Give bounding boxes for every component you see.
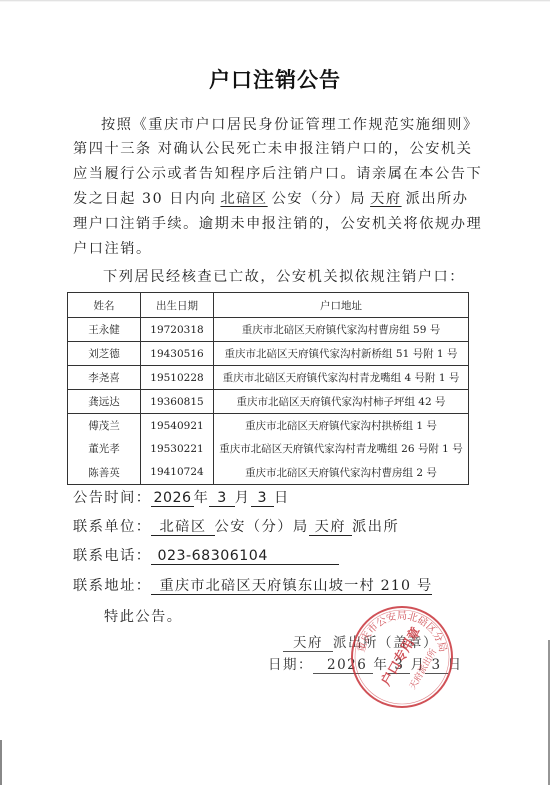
notice-time-field: 公告时间：2026年3月3日 bbox=[73, 487, 290, 507]
cell-name: 陈善英 bbox=[68, 460, 141, 485]
cell-address: 重庆市北碚区天府镇代家沟村青龙嘴组 26 号附 1 号 bbox=[214, 437, 469, 460]
closing-statement: 特此公告。 bbox=[104, 606, 182, 626]
notice-month: 3 bbox=[209, 490, 235, 507]
table-row: 刘芝德 19430516 重庆市北碚区天府镇代家沟村新桥组 51 号附 1 号 bbox=[68, 342, 469, 366]
cell-name: 龚远达 bbox=[68, 390, 141, 414]
deceased-residents-table: 姓名 出生日期 户口地址 王永健 19720318 重庆市北碚区天府镇代家沟村曹… bbox=[67, 292, 469, 485]
cell-address: 重庆市北碚区天府镇代家沟村曹房组 2 号 bbox=[214, 460, 469, 485]
contact-unit-label: 联系单位： bbox=[73, 519, 151, 535]
signature-month-unit: 月 bbox=[410, 657, 425, 673]
header-address: 户口地址 bbox=[214, 293, 469, 318]
cell-name: 董光孝 bbox=[68, 437, 141, 460]
signature-line: 天府派出所（盖章） bbox=[283, 631, 438, 652]
signature-month: 3 bbox=[388, 657, 410, 674]
notice-day-unit: 日 bbox=[274, 490, 290, 506]
signature-year: 2026 bbox=[313, 657, 373, 674]
contact-station: 天府 bbox=[309, 519, 352, 536]
body-district: 北碚区 bbox=[216, 191, 271, 207]
table-row: 李尧喜 19510228 重庆市北碚区天府镇代家沟村青龙嘴组 4 号附 1 号 bbox=[68, 366, 469, 390]
cell-address: 重庆市北碚区天府镇代家沟村曹房组 59 号 bbox=[214, 318, 469, 342]
cell-address: 重庆市北碚区天府镇代家沟村柿子坪组 42 号 bbox=[214, 390, 469, 414]
document-title: 户口注销公告 bbox=[0, 64, 550, 94]
contact-phone-field: 联系电话：023-68306104 bbox=[73, 545, 339, 565]
cell-birth: 19720318 bbox=[141, 318, 214, 342]
cell-name: 傅茂兰 bbox=[68, 414, 141, 438]
signature-date-label: 日期： bbox=[268, 657, 313, 673]
contact-phone-label: 联系电话： bbox=[73, 548, 151, 564]
cell-birth: 19540921 bbox=[141, 414, 214, 438]
contact-unit-suffix: 派出所 bbox=[352, 519, 399, 535]
table-row: 傅茂兰 19540921 重庆市北碚区天府镇代家沟村拱桥组 1 号 bbox=[68, 414, 469, 438]
table-row: 王永健 19720318 重庆市北碚区天府镇代家沟村曹房组 59 号 bbox=[68, 318, 469, 342]
signature-station: 天府 bbox=[283, 635, 333, 652]
body-station: 天府 bbox=[366, 191, 405, 207]
cell-name: 刘芝德 bbox=[68, 342, 141, 366]
cell-address: 重庆市北碚区天府镇代家沟村青龙嘴组 4 号附 1 号 bbox=[214, 366, 469, 390]
body-line-6: 户口注销。 bbox=[73, 238, 473, 258]
scan-edge-top bbox=[0, 0, 550, 2]
header-name: 姓名 bbox=[68, 293, 141, 318]
table-row: 陈善英 19410724 重庆市北碚区天府镇代家沟村曹房组 2 号 bbox=[68, 460, 469, 485]
table-header-row: 姓名 出生日期 户口地址 bbox=[68, 293, 469, 318]
notice-day: 3 bbox=[251, 490, 275, 507]
notice-time-label: 公告时间： bbox=[73, 490, 151, 506]
contact-address-field: 联系地址：重庆市北碚区天府镇东山坡一村 210 号 bbox=[73, 575, 432, 595]
contact-district: 北碚区 bbox=[151, 519, 214, 536]
cell-address: 重庆市北碚区天府镇代家沟村拱桥组 1 号 bbox=[214, 414, 469, 438]
notice-month-unit: 月 bbox=[235, 490, 251, 506]
contact-address-label: 联系地址： bbox=[73, 578, 151, 594]
body-line-4: 发之日起 30 日内向北碚区公安（分）局天府派出所办 bbox=[73, 188, 473, 208]
body-line-5: 理户口注销手续。逾期未申报注销的，公安机关将依规办理 bbox=[73, 213, 473, 233]
contact-unit-field: 联系单位：北碚区公安（分）局天府派出所 bbox=[73, 516, 399, 536]
body-line-4-middle: 公安（分）局 bbox=[272, 191, 366, 207]
signature-day-unit: 日 bbox=[448, 657, 463, 673]
signature-date: 日期：2026年3月3日 bbox=[268, 653, 463, 674]
body-line-1: 按照《重庆市户口居民身份证管理工作规范实施细则》 bbox=[73, 114, 473, 134]
notice-year: 2026 bbox=[151, 490, 193, 507]
cell-birth: 19530221 bbox=[141, 437, 214, 460]
signature-day: 3 bbox=[425, 657, 447, 674]
contact-unit-middle: 公安（分）局 bbox=[215, 519, 309, 535]
notice-year-unit: 年 bbox=[194, 490, 210, 506]
cell-birth: 19360815 bbox=[141, 390, 214, 414]
signature-suffix: 派出所（盖章） bbox=[333, 635, 438, 651]
table-row: 董光孝 19530221 重庆市北碚区天府镇代家沟村青龙嘴组 26 号附 1 号 bbox=[68, 437, 469, 460]
table-row: 龚远达 19360815 重庆市北碚区天府镇代家沟村柿子坪组 42 号 bbox=[68, 390, 469, 414]
body-line-3: 应当履行公示或者告知程序后注销户口。请亲属在本公告下 bbox=[73, 163, 473, 183]
body-line-4-prefix: 发之日起 30 日内向 bbox=[73, 191, 216, 207]
header-birth-date: 出生日期 bbox=[141, 293, 214, 318]
table-intro: 下列居民经核查已亡故，公安机关拟依规注销户口： bbox=[73, 266, 503, 286]
cell-name: 李尧喜 bbox=[68, 366, 141, 390]
cell-name: 王永健 bbox=[68, 318, 141, 342]
contact-phone-value: 023-68306104 bbox=[151, 548, 339, 565]
cell-birth: 19510228 bbox=[141, 366, 214, 390]
body-line-2: 第四十三条 对确认公民死亡未申报注销户口的，公安机关 bbox=[73, 138, 473, 158]
cell-birth: 19410724 bbox=[141, 460, 214, 485]
body-line-4-suffix: 派出所办 bbox=[406, 191, 469, 207]
cell-address: 重庆市北碚区天府镇代家沟村新桥组 51 号附 1 号 bbox=[214, 342, 469, 366]
cell-birth: 19430516 bbox=[141, 342, 214, 366]
contact-address-value: 重庆市北碚区天府镇东山坡一村 210 号 bbox=[151, 578, 432, 595]
scan-edge-left bbox=[0, 740, 2, 785]
signature-year-unit: 年 bbox=[373, 657, 388, 673]
